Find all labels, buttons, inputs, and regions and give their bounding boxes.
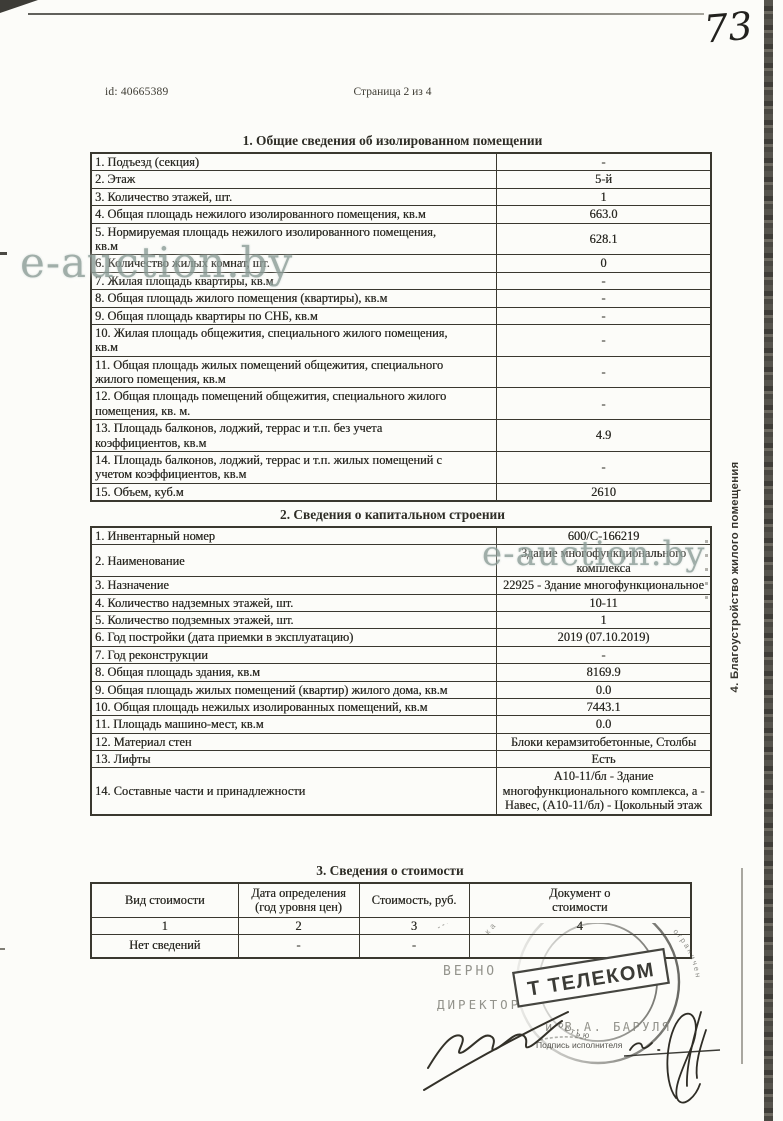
row-value: 5-й [497,171,712,188]
table-row: 9. Общая площадь квартиры по СНБ, кв.м- [91,307,711,324]
table-row: 13. ЛифтыЕсть [91,751,711,768]
row-value: А10-11/бл - Здание многофункционального … [497,768,712,815]
row-value: 7443.1 [497,698,712,715]
table-row: 11. Площадь машино-мест, кв.м0.0 [91,716,711,733]
vertical-side-note: 4. Благоустройство жилого помещения [729,447,741,707]
cell-value: - [238,935,359,958]
column-header: Стоимость, руб. [359,883,469,917]
table-row: 1. Подъезд (секция)- [91,153,711,171]
row-value: 2610 [497,483,712,501]
stamp-scribble [438,923,486,928]
row-label: 10. Общая площадь нежилых изолированных … [91,698,497,715]
stamp-ring-text: ограничен [671,927,703,980]
row-label: 5. Количество подземных этажей, шт. [91,611,497,628]
section1-table: 1. Подъезд (секция)- 2. Этаж5-й 3. Колич… [90,152,712,502]
row-label: 14. Составные части и принадлежности [91,768,497,815]
row-value: - [497,307,712,324]
row-value: 1 [497,188,712,205]
table-row: 6. Год постройки (дата приемки в эксплуа… [91,629,711,646]
row-value: - [497,324,712,356]
table-row: 9. Общая площадь жилых помещений (кварти… [91,681,711,698]
row-label: 7. Год реконструкции [91,646,497,663]
director-title-text: ДИРЕКТОР [437,997,521,1012]
section2-table: 1. Инвентарный номер600/С-166219 2. Наим… [90,526,712,816]
stamp-banner: Т ТЕЛЕКОМ [513,949,668,1006]
row-label: 11. Общая площадь жилых помещений общежи… [91,356,497,388]
scan-top-line [28,13,704,15]
table-row: 4. Общая площадь нежилого изолированного… [91,206,711,223]
row-value: - [497,272,712,289]
table-row: 1. Инвентарный номер600/С-166219 [91,527,711,545]
row-label: 5. Нормируемая площадь нежилого изолиров… [91,223,497,255]
table-row: 14. Площадь балконов, лоджий, террас и т… [91,452,711,484]
table-row: 12. Общая площадь помещений общежития, с… [91,388,711,420]
row-label: 6. Год постройки (дата приемки в эксплуа… [91,629,497,646]
row-label: 4. Общая площадь нежилого изолированного… [91,206,497,223]
table-row: 10. Общая площадь нежилых изолированных … [91,698,711,715]
stamp-and-signatures: остью ограничен ка Бера Т ТЕЛЕКОМ ВЕРНО … [408,923,748,1118]
row-value: 8169.9 [497,664,712,681]
table-row: 12. Материал стенБлоки керамзитобетонные… [91,733,711,750]
column-header: Вид стоимости [91,883,238,917]
column-number: 2 [238,917,359,934]
svg-text:ограничен: ограничен [671,927,703,980]
row-label: 7. Жилая площадь квартиры, кв.м [91,272,497,289]
row-value: - [497,452,712,484]
row-label: 12. Материал стен [91,733,497,750]
table-row: 8. Общая площадь жилого помещения (кварт… [91,290,711,307]
row-value: 22925 - Здание многофункциональное [497,577,712,594]
row-value: - [497,388,712,420]
section3-title: 3. Сведения о стоимости [90,863,690,879]
row-label: 9. Общая площадь жилых помещений (кварти… [91,681,497,698]
row-value: Блоки керамзитобетонные, Столбы [497,733,712,750]
director-name-text: и В.А. БАРУЛЯ [545,1020,671,1034]
row-value: 4.9 [497,420,712,452]
row-value: - [497,153,712,171]
table-row: 14. Составные части и принадлежностиА10-… [91,768,711,815]
row-label: 3. Количество этажей, шт. [91,188,497,205]
section1-title: 1. Общие сведения об изолированном помещ… [90,133,695,149]
row-value: 600/С-166219 [497,527,712,545]
certified-text: ВЕРНО [443,964,497,979]
table-row: 7. Год реконструкции- [91,646,711,663]
table-row: 10. Жилая площадь общежития, специальног… [91,324,711,356]
table-row: 5. Нормируемая площадь нежилого изолиров… [91,223,711,255]
table-row: 3. Назначение22925 - Здание многофункцио… [91,577,711,594]
row-value: 663.0 [497,206,712,223]
row-value: 0.0 [497,716,712,733]
page-indicator: Страница 2 из 4 [90,86,695,98]
scan-left-mark [0,252,7,255]
executor-signature-label: Подпись исполнителя [536,1040,623,1050]
table-header-row: Вид стоимости Дата определения (год уров… [91,883,691,917]
table-row: 4. Количество надземных этажей, шт.10-11 [91,594,711,611]
svg-text:ка Бера: ка Бера [483,923,529,936]
table-row: 2. НаименованиеЗдание многофункционально… [91,545,711,577]
row-label: 12. Общая площадь помещений общежития, с… [91,388,497,420]
table-row: 8. Общая площадь здания, кв.м8169.9 [91,664,711,681]
handwritten-page-number: 73 [702,5,765,48]
table-row: 2. Этаж5-й [91,171,711,188]
row-label: 10. Жилая площадь общежития, специальног… [91,324,497,356]
column-header: Документ о стоимости [469,883,691,917]
row-label: 2. Этаж [91,171,497,188]
table-row: 6. Количество жилых комнат, шт.0 [91,255,711,272]
row-value: - [497,290,712,307]
row-label: 13. Лифты [91,751,497,768]
table-row: 3. Количество этажей, шт.1 [91,188,711,205]
table-row: 5. Количество подземных этажей, шт.1 [91,611,711,628]
scan-corner-mark [0,0,38,13]
section-general-info: 1. Общие сведения об изолированном помещ… [90,133,712,502]
row-value: 628.1 [497,223,712,255]
row-value: 10-11 [497,594,712,611]
cell-value: Нет сведений [91,935,238,958]
row-value: - [497,356,712,388]
table-row: 15. Объем, куб.м2610 [91,483,711,501]
column-number: 1 [91,917,238,934]
section2-title: 2. Сведения о капитальном строении [90,507,695,523]
scan-left-mark [0,948,5,950]
table-row: 11. Общая площадь жилых помещений общежи… [91,356,711,388]
scan-edge-strip [764,0,773,1121]
row-label: 8. Общая площадь здания, кв.м [91,664,497,681]
table-row: 7. Жилая площадь квартиры, кв.м- [91,272,711,289]
row-label: 1. Инвентарный номер [91,527,497,545]
row-value: Здание многофункционального комплекса [497,545,712,577]
table-row: 13. Площадь балконов, лоджий, террас и т… [91,420,711,452]
row-value: 0.0 [497,681,712,698]
row-value: 1 [497,611,712,628]
row-value: Есть [497,751,712,768]
row-label: 9. Общая площадь квартиры по СНБ, кв.м [91,307,497,324]
row-label: 2. Наименование [91,545,497,577]
row-value: 2019 (07.10.2019) [497,629,712,646]
row-label: 14. Площадь балконов, лоджий, террас и т… [91,452,497,484]
scanned-document-page: id: 40665389 Страница 2 из 4 73 1. Общие… [0,0,783,1121]
row-label: 6. Количество жилых комнат, шт. [91,255,497,272]
row-label: 15. Объем, куб.м [91,483,497,501]
row-label: 13. Площадь балконов, лоджий, террас и т… [91,420,497,452]
stamp-ring-text: ка Бера [483,923,529,936]
row-value: 0 [497,255,712,272]
row-label: 8. Общая площадь жилого помещения (кварт… [91,290,497,307]
section-capital-structure: 2. Сведения о капитальном строении 1. Ин… [90,507,712,816]
row-label: 1. Подъезд (секция) [91,153,497,171]
row-value: - [497,646,712,663]
row-label: 4. Количество надземных этажей, шт. [91,594,497,611]
row-label: 11. Площадь машино-мест, кв.м [91,716,497,733]
column-header: Дата определения (год уровня цен) [238,883,359,917]
row-label: 3. Назначение [91,577,497,594]
